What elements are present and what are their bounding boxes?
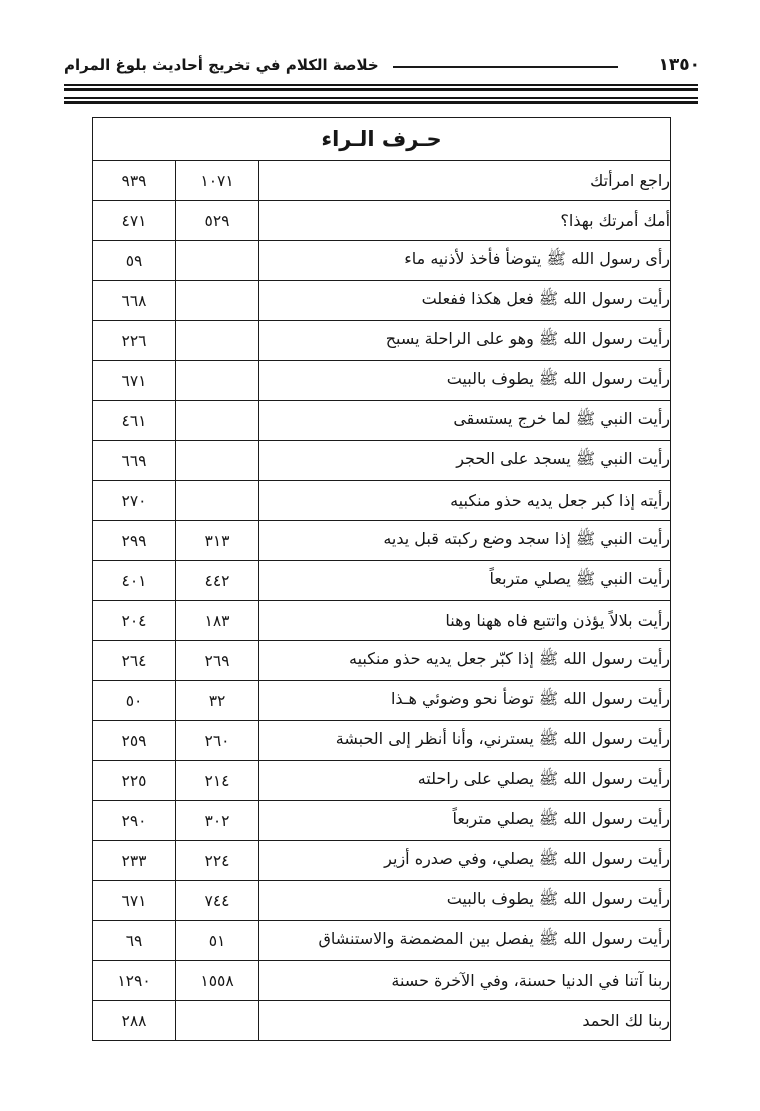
ref-number-1: ٥١ (176, 921, 259, 961)
hadith-text: رأيت رسول الله ﷺ يصلي متربعاً (259, 801, 671, 841)
head-divider-bottom (64, 97, 698, 104)
hadith-text: رأيت رسول الله ﷺ توضأ نحو وضوئي هـذا (259, 681, 671, 721)
book-page: { "page": { "title": "خلاصة الكلام في تخ… (0, 0, 760, 1111)
hadith-text: راجع امرأتك (259, 161, 671, 201)
ref-number-2: ٢٩٠ (93, 801, 176, 841)
ref-number-1 (176, 481, 259, 521)
table-row: رأى رسول الله ﷺ يتوضأ فأخذ لأذنيه ماء ٥٩ (93, 241, 671, 281)
ref-number-2: ٦٦٩ (93, 441, 176, 481)
table-row: رأيته إذا كبر جعل يديه حذو منكبيه ٢٧٠ (93, 481, 671, 521)
hadith-text: رأيت النبي ﷺ يسجد على الحجر (259, 441, 671, 481)
hadith-text: رأيت النبي ﷺ يصلي متربعاً (259, 561, 671, 601)
hadith-text: رأيت رسول الله ﷺ يطوف بالبيت (259, 881, 671, 921)
hadith-text: رأيت رسول الله ﷺ يطوف بالبيت (259, 361, 671, 401)
section-header-row: حـرف الـراء (93, 118, 671, 161)
ref-number-2: ٢٩٩ (93, 521, 176, 561)
ref-number-2: ١٢٩٠ (93, 961, 176, 1001)
ref-number-2: ٦٦٨ (93, 281, 176, 321)
ref-number-2: ٦٩ (93, 921, 176, 961)
hadith-text: أمك أمرتك بهذا؟ (259, 201, 671, 241)
table-row: رأيت رسول الله ﷺ وهو على الراحلة يسبح ٢٢… (93, 321, 671, 361)
table-row: رأيت رسول الله ﷺ يفصل بين المضمضة والاست… (93, 921, 671, 961)
running-head: خلاصة الكلام في تخريج أحاديث بلوغ المرام… (64, 52, 700, 78)
ref-number-1 (176, 241, 259, 281)
ref-number-2: ٢٠٤ (93, 601, 176, 641)
ref-number-2: ٥٠ (93, 681, 176, 721)
head-rule (393, 66, 619, 68)
table-row: رأيت رسول الله ﷺ يصلي على راحلته ٢١٤ ٢٢٥ (93, 761, 671, 801)
ref-number-2: ٩٣٩ (93, 161, 176, 201)
head-divider-top (64, 84, 698, 91)
hadith-text: رأيت بلالاً يؤذن واتتبع فاه ههنا وهنا (259, 601, 671, 641)
ref-number-1: ١٠٧١ (176, 161, 259, 201)
table-row: رأيت النبي ﷺ يصلي متربعاً ٤٤٢ ٤٠١ (93, 561, 671, 601)
ref-number-1 (176, 401, 259, 441)
table-row: رأيت رسول الله ﷺ يطوف بالبيت ٦٧١ (93, 361, 671, 401)
hadith-text: رأيته إذا كبر جعل يديه حذو منكبيه (259, 481, 671, 521)
ref-number-1: ٧٤٤ (176, 881, 259, 921)
ref-number-1: ٢٦٩ (176, 641, 259, 681)
hadith-text: رأيت النبي ﷺ لما خرج يستسقى (259, 401, 671, 441)
hadith-text: رأيت النبي ﷺ إذا سجد وضع ركبته قبل يديه (259, 521, 671, 561)
ref-number-1 (176, 321, 259, 361)
ref-number-2: ٤٦١ (93, 401, 176, 441)
table-row: رأيت رسول الله ﷺ توضأ نحو وضوئي هـذا ٣٢ … (93, 681, 671, 721)
ref-number-1: ٢٢٤ (176, 841, 259, 881)
ref-number-2: ٢٣٣ (93, 841, 176, 881)
ref-number-1: ٤٤٢ (176, 561, 259, 601)
book-title: خلاصة الكلام في تخريج أحاديث بلوغ المرام (64, 56, 379, 74)
table-row: رأيت النبي ﷺ إذا سجد وضع ركبته قبل يديه … (93, 521, 671, 561)
table-row: رأيت النبي ﷺ لما خرج يستسقى ٤٦١ (93, 401, 671, 441)
table-row: رأيت بلالاً يؤذن واتتبع فاه ههنا وهنا ١٨… (93, 601, 671, 641)
hadith-text: رأيت رسول الله ﷺ يصلي على راحلته (259, 761, 671, 801)
hadith-text: رأيت رسول الله ﷺ فعل هكذا ففعلت (259, 281, 671, 321)
ref-number-2: ٤٠١ (93, 561, 176, 601)
hadith-text: ربنا آتنا في الدنيا حسنة، وفي الآخرة حسن… (259, 961, 671, 1001)
hadith-text: رأيت رسول الله ﷺ يفصل بين المضمضة والاست… (259, 921, 671, 961)
hadith-text: رأيت رسول الله ﷺ إذا كبّر جعل يديه حذو م… (259, 641, 671, 681)
ref-number-2: ٥٩ (93, 241, 176, 281)
ref-number-1: ٣٠٢ (176, 801, 259, 841)
ref-number-2: ٤٧١ (93, 201, 176, 241)
table-row: رأيت رسول الله ﷺ فعل هكذا ففعلت ٦٦٨ (93, 281, 671, 321)
ref-number-1 (176, 441, 259, 481)
section-header: حـرف الـراء (93, 118, 671, 161)
ref-number-1 (176, 361, 259, 401)
ref-number-1 (176, 1001, 259, 1041)
hadith-text: ربنا لك الحمد (259, 1001, 671, 1041)
table-row: راجع امرأتك ١٠٧١ ٩٣٩ (93, 161, 671, 201)
ref-number-2: ٢٧٠ (93, 481, 176, 521)
ref-number-1: ٣٢ (176, 681, 259, 721)
table-row: أمك أمرتك بهذا؟ ٥٢٩ ٤٧١ (93, 201, 671, 241)
ref-number-2: ٢٢٦ (93, 321, 176, 361)
table-row: رأيت رسول الله ﷺ يطوف بالبيت ٧٤٤ ٦٧١ (93, 881, 671, 921)
ref-number-1: ٣١٣ (176, 521, 259, 561)
table-row: رأيت رسول الله ﷺ إذا كبّر جعل يديه حذو م… (93, 641, 671, 681)
hadith-text: رأى رسول الله ﷺ يتوضأ فأخذ لأذنيه ماء (259, 241, 671, 281)
ref-number-2: ٢٨٨ (93, 1001, 176, 1041)
ref-number-1: ١٥٥٨ (176, 961, 259, 1001)
ref-number-1: ٢١٤ (176, 761, 259, 801)
hadith-index-table: حـرف الـراء راجع امرأتك ١٠٧١ ٩٣٩ أمك أمر… (92, 117, 671, 1041)
ref-number-2: ٢٢٥ (93, 761, 176, 801)
table-row: رأيت النبي ﷺ يسجد على الحجر ٦٦٩ (93, 441, 671, 481)
ref-number-2: ٢٦٤ (93, 641, 176, 681)
page-number: ١٣٥٠ (658, 55, 700, 75)
ref-number-2: ٦٧١ (93, 881, 176, 921)
ref-number-2: ٢٥٩ (93, 721, 176, 761)
table-row: ربنا لك الحمد ٢٨٨ (93, 1001, 671, 1041)
table-row: رأيت رسول الله ﷺ يصلي، وفي صدره أزير ٢٢٤… (93, 841, 671, 881)
hadith-text: رأيت رسول الله ﷺ وهو على الراحلة يسبح (259, 321, 671, 361)
ref-number-2: ٦٧١ (93, 361, 176, 401)
ref-number-1: ١٨٣ (176, 601, 259, 641)
table-row: رأيت رسول الله ﷺ يسترني، وأنا أنظر إلى ا… (93, 721, 671, 761)
ref-number-1: ٥٢٩ (176, 201, 259, 241)
table-row: رأيت رسول الله ﷺ يصلي متربعاً ٣٠٢ ٢٩٠ (93, 801, 671, 841)
hadith-text: رأيت رسول الله ﷺ يصلي، وفي صدره أزير (259, 841, 671, 881)
ref-number-1 (176, 281, 259, 321)
table-row: ربنا آتنا في الدنيا حسنة، وفي الآخرة حسن… (93, 961, 671, 1001)
ref-number-1: ٢٦٠ (176, 721, 259, 761)
hadith-text: رأيت رسول الله ﷺ يسترني، وأنا أنظر إلى ا… (259, 721, 671, 761)
